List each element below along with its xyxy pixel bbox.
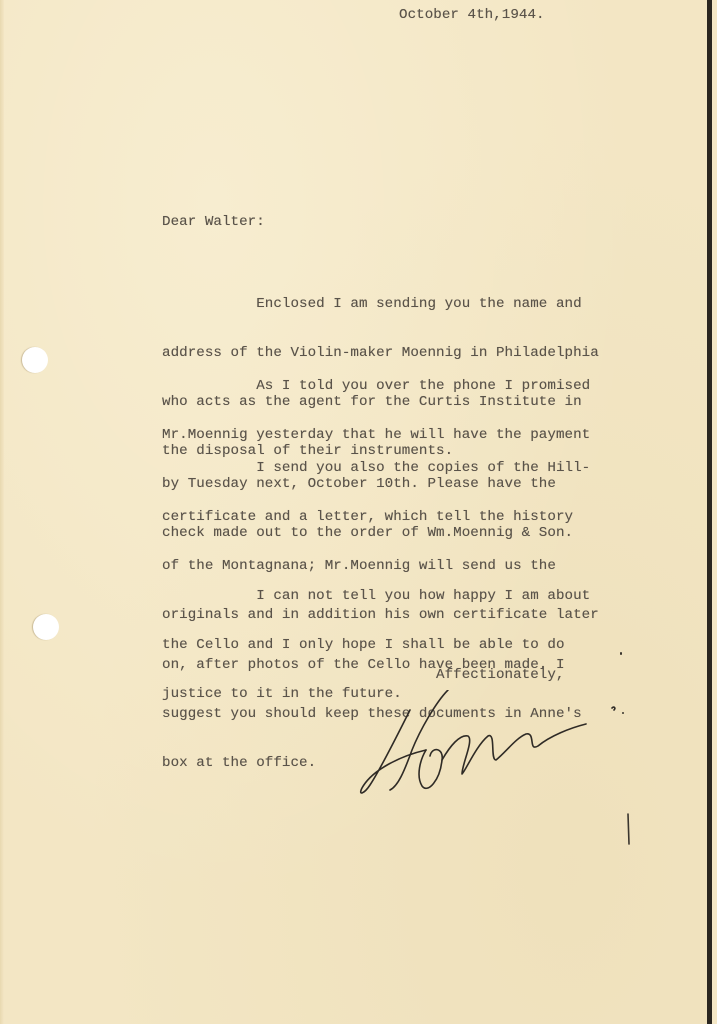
paragraph-line: I can not tell you how happy I am about <box>162 588 590 604</box>
letter-date: October 4th,1944. <box>399 7 545 23</box>
closing: Affectionately, <box>436 667 564 683</box>
paper-left-edge <box>0 0 4 1024</box>
paragraph-line: I send you also the copies of the Hill- <box>162 460 599 476</box>
ink-speck <box>622 712 624 714</box>
paragraph-line: As I told you over the phone I promised <box>162 378 590 394</box>
paragraph-line: the Cello and I only hope I shall be abl… <box>162 637 590 653</box>
letter-page: October 4th,1944. Dear Walter: Enclosed … <box>0 0 712 1024</box>
handwritten-signature <box>350 690 650 810</box>
punch-hole-bottom <box>33 614 59 640</box>
salutation: Dear Walter: <box>162 214 265 230</box>
punch-hole-top <box>22 347 48 373</box>
ink-speck <box>620 652 622 655</box>
paragraph-line: certificate and a letter, which tell the… <box>162 509 599 525</box>
scan-right-border <box>707 0 712 1024</box>
pencil-mark <box>625 812 631 846</box>
paragraph-line: Enclosed I am sending you the name and <box>162 296 599 312</box>
